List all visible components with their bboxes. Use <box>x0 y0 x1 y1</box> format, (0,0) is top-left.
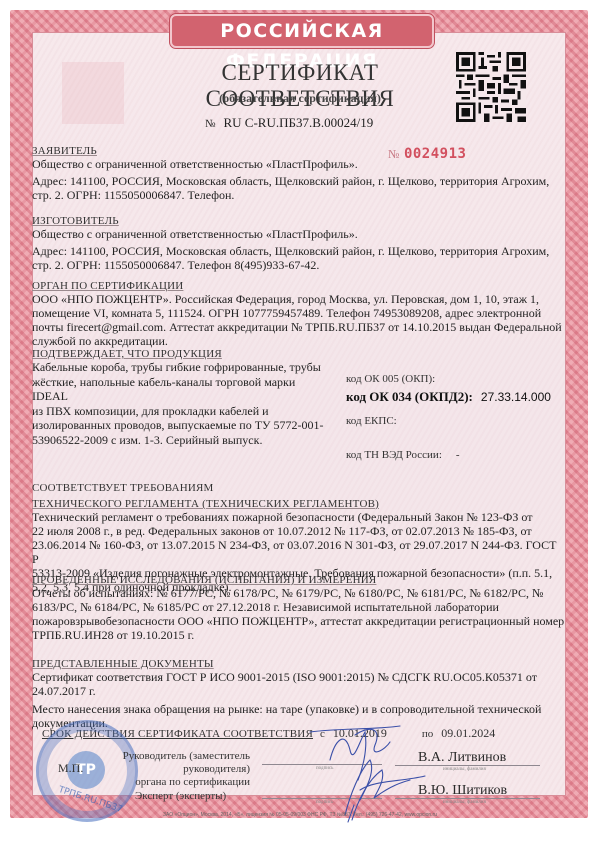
validity-to: 09.01.2024 <box>441 726 495 740</box>
product-section: ПОДТВЕРЖДАЕТ, ЧТО ПРОДУКЦИЯ Кабельные ко… <box>32 348 332 447</box>
seal-place-label: М.П. <box>58 761 83 776</box>
form-serial-number: №0024913 <box>388 146 466 162</box>
applicant-ogrn: стр. 2. ОГРН: 1155050006847. Телефон. <box>32 188 566 202</box>
product-line: изолированных проводов, выпускаемые по Т… <box>32 418 332 433</box>
certificate-number: №RU C-RU.ПБ37.В.00024/19 <box>205 115 373 131</box>
product-line: 53906522-2009 с изм. 1-3. Серийный выпус… <box>32 433 332 448</box>
manufacturer-ogrn: стр. 2. ОГРН: 1155050006847. Телефон 8(4… <box>32 258 566 272</box>
documents-line: 24.07.2017 г. <box>32 684 566 698</box>
documents-label: ПРЕДСТАВЛЕННЫЕ ДОКУМЕНТЫ <box>32 658 566 670</box>
manufacturer-address: Адрес: 141100, РОССИЯ, Московская област… <box>32 244 566 258</box>
manufacturer-section: ИЗГОТОВИТЕЛЬ Общество с ограниченной отв… <box>32 215 566 272</box>
tests-line: ТРПБ.RU.ИН28 от 19.10.2015 г. <box>32 628 566 642</box>
product-line: жёсткие, напольные кабель-каналы торгово… <box>32 375 332 404</box>
applicant-section: ЗАЯВИТЕЛЬ Общество с ограниченной ответс… <box>32 145 566 202</box>
certification-body-section: ОРГАН ПО СЕРТИФИКАЦИИ ООО «НПО ПОЖЦЕНТР»… <box>32 280 566 348</box>
certification-body-line: почты firecert@gmail.com. Аттестат аккре… <box>32 320 566 334</box>
okp-code: код ОК 005 (ОКП): <box>346 373 561 385</box>
manufacturer-name: Общество с ограниченной ответственностью… <box>32 227 566 241</box>
tnved-code: код ТН ВЭД России:- <box>346 449 561 461</box>
expert-name: В.Ю. Шитиков <box>418 783 507 799</box>
ekps-code: код ЕКПС: <box>346 415 561 427</box>
serial-number-sign: № <box>388 147 400 161</box>
product-label: ПОДТВЕРЖДАЕТ, ЧТО ПРОДУКЦИЯ <box>32 348 332 360</box>
applicant-address: Адрес: 141100, РОССИЯ, Московская област… <box>32 174 566 188</box>
serial-number-value: 0024913 <box>404 146 467 162</box>
tests-section: ПРОВЕДЕННЫЕ ИССЛЕДОВАНИЯ (ИСПЫТАНИЯ) И И… <box>32 574 566 642</box>
product-line: из ПВХ композиции, для прокладки кабелей… <box>32 404 332 419</box>
applicant-name: Общество с ограниченной ответственностью… <box>32 157 566 171</box>
tests-line: Отчеты об испытаниях: № 6177/РС, № 6178/… <box>32 586 566 600</box>
number-sign: № <box>205 118 216 130</box>
hologram-area <box>62 62 124 124</box>
requirements-label: СООТВЕТСТВУЕТ ТРЕБОВАНИЯМ <box>32 482 566 494</box>
head-name-caption: инициалы, фамилия <box>443 767 486 772</box>
certification-body-line: помещение VI, комната 5, 111524. ОГРН 10… <box>32 306 566 320</box>
product-codes: код ОК 005 (ОКП): код ОК 034 (ОКПД2):27.… <box>346 373 561 471</box>
requirements-line: 22 июля 2008 г., в ред. Федеральных зако… <box>32 524 566 538</box>
requirements-line: Технический регламент о требованиях пожа… <box>32 510 566 524</box>
certificate-subtitle: (обязательная сертификация) <box>130 91 470 106</box>
country-banner: РОССИЙСКАЯ ФЕДЕРАЦИЯ <box>170 14 434 48</box>
expert-label: Эксперт (эксперты) <box>135 790 226 802</box>
manufacturer-label: ИЗГОТОВИТЕЛЬ <box>32 215 566 227</box>
head-signatory-name: В.А. Литвинов <box>418 750 506 766</box>
certification-body-line: службой по аккредитации. <box>32 334 566 348</box>
applicant-label: ЗАЯВИТЕЛЬ <box>32 145 566 157</box>
okpd2-code: код ОК 034 (ОКПД2):27.33.14.000 <box>346 389 561 405</box>
documents-line: Место нанесения знака обращения на рынке… <box>32 702 566 716</box>
requirements-line: 23.06.2014 № 160-ФЗ, от 13.07.2015 N 234… <box>32 538 566 566</box>
qr-code-icon <box>456 52 526 122</box>
seal-ring-text: ТРПБ.RU.ПБ37 <box>57 785 124 815</box>
expert-name-caption: инициалы, фамилия <box>443 800 486 805</box>
printer-footer: ЗАО «Опцион», Москва, 2014, «Б», лицензи… <box>0 812 600 818</box>
head-signatory-label: Руководитель (заместитель руководителя) … <box>100 750 250 789</box>
certificate-number-value: RU C-RU.ПБ37.В.00024/19 <box>224 115 374 130</box>
tests-line: 6183/РС, № 6184/РС, № 6185/РС от 27.12.2… <box>32 600 566 614</box>
tests-label: ПРОВЕДЕННЫЕ ИССЛЕДОВАНИЯ (ИСПЫТАНИЯ) И И… <box>32 574 566 586</box>
technical-regulation-label: ТЕХНИЧЕСКОГО РЕГЛАМЕНТА (ТЕХНИЧЕСКИХ РЕГ… <box>32 498 566 510</box>
tests-line: пожаровзрывобезопасности ООО «НПО ПОЖЦЕН… <box>32 614 566 628</box>
certification-body-label: ОРГАН ПО СЕРТИФИКАЦИИ <box>32 280 566 292</box>
product-line: Кабельные короба, трубы гибкие гофрирова… <box>32 360 332 375</box>
certification-body-line: ООО «НПО ПОЖЦЕНТР». Российская Федерация… <box>32 292 566 306</box>
documents-line: Сертификат соответствия ГОСТ Р ИСО 9001-… <box>32 670 566 684</box>
